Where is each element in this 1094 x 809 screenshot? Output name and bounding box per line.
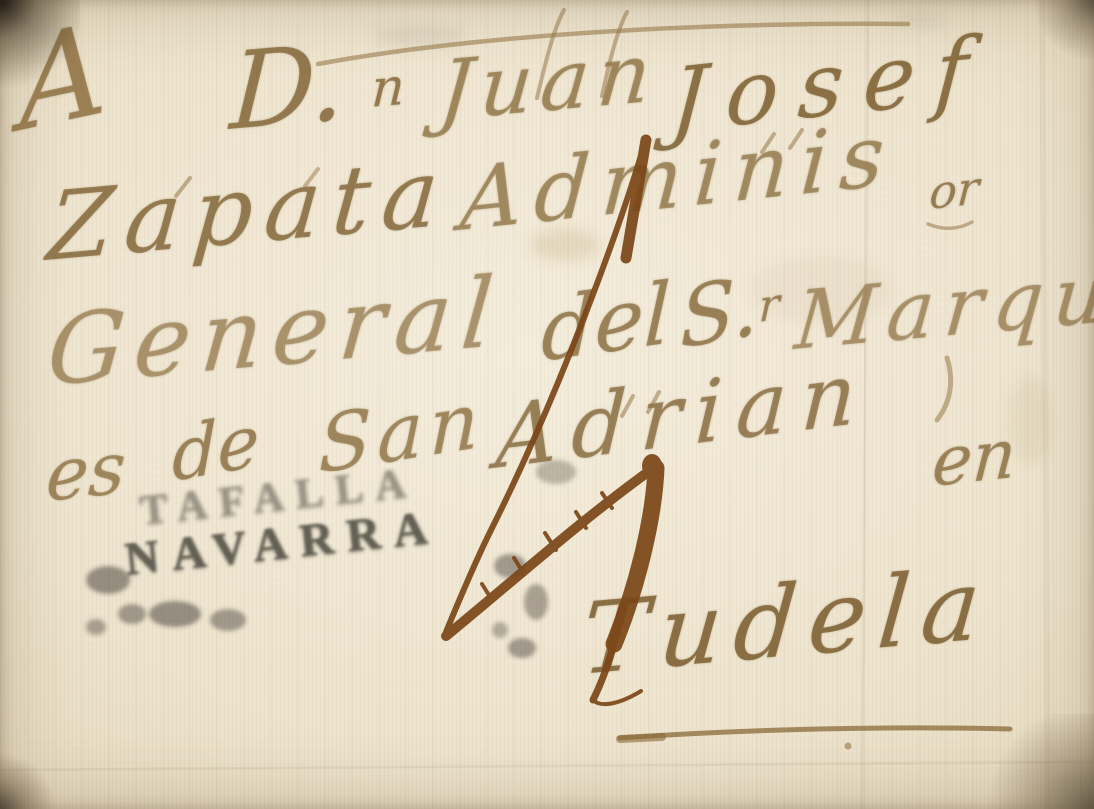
postal-cover-photo: TAFALLA NAVARRA bbox=[0, 0, 1094, 809]
address-de: de bbox=[172, 403, 259, 492]
corner-shadow-top-right bbox=[1034, 0, 1094, 60]
address-role-superscript: or bbox=[928, 164, 981, 216]
address-senor-abbrev: S. bbox=[680, 265, 758, 362]
address-first-name: Juan bbox=[436, 32, 662, 134]
corner-shadow-bottom-right bbox=[984, 714, 1094, 809]
address-don-abbrev: D. bbox=[228, 29, 348, 146]
destination-underline bbox=[620, 728, 1010, 750]
address-senor-superscript: r bbox=[758, 282, 780, 330]
address-role2: General bbox=[44, 263, 507, 400]
address-prefix: A bbox=[13, 6, 109, 150]
address-destination: Tudela bbox=[578, 555, 996, 690]
address-surname: Zapata bbox=[44, 146, 454, 276]
corner-shadow-bottom-left bbox=[0, 754, 55, 809]
address-marques-part2: es bbox=[44, 431, 128, 512]
address-don-superscript: n bbox=[370, 61, 406, 116]
address-del: del bbox=[540, 271, 672, 374]
address-en: en bbox=[930, 420, 1018, 498]
